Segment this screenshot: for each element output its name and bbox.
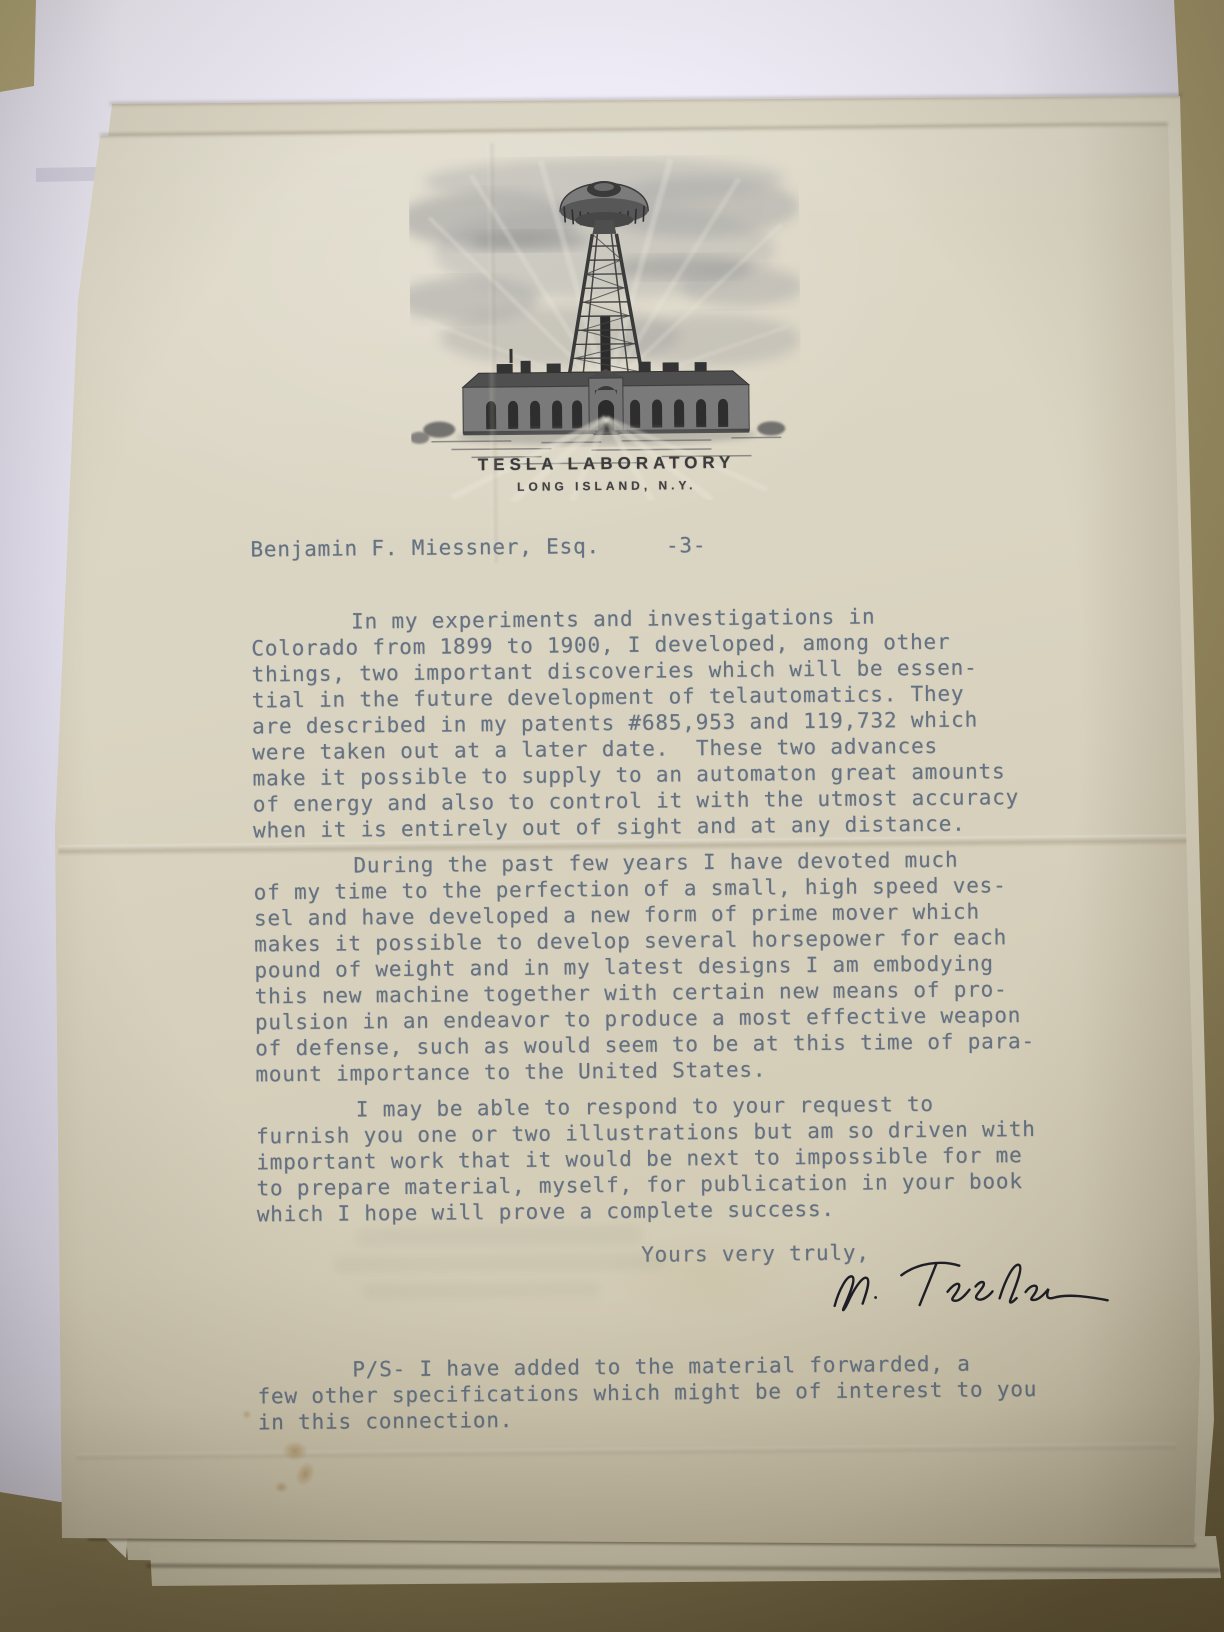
paragraph-experiments: In my experiments and investigations in … xyxy=(251,601,1133,843)
letterhead-company-name: TESLA LABORATORY xyxy=(406,452,806,476)
ink-bleedthrough-smudge xyxy=(356,1226,642,1247)
signature-strokes xyxy=(834,1261,1107,1310)
letter-sheet: TESLA LABORATORY LONG ISLAND, N.Y. Benja… xyxy=(0,0,1224,1632)
paragraph-illustrations: I may be able to respond to your request… xyxy=(256,1089,1137,1227)
paragraph-vessel: During the past few years I have devoted… xyxy=(253,845,1135,1087)
rust-stain xyxy=(292,1458,319,1489)
faint-fold-crease xyxy=(76,1443,1176,1462)
faint-discoloration xyxy=(604,1228,805,1320)
page-header: Benjamin F. Miessner, Esq. -3- xyxy=(250,531,770,562)
tesla-signature xyxy=(809,1233,1120,1331)
ink-bleedthrough-smudge xyxy=(362,1282,600,1298)
page-number: -3- xyxy=(666,532,707,558)
rust-speck xyxy=(242,1409,252,1419)
letterhead-engraving xyxy=(409,154,802,503)
rust-stain xyxy=(274,1481,288,1493)
postscript: P/S- I have added to the material forwar… xyxy=(257,1349,1158,1436)
letter-content: TESLA LABORATORY LONG ISLAND, N.Y. Benja… xyxy=(0,0,1224,1632)
recipient-name: Benjamin F. Miessner, Esq. xyxy=(250,533,600,562)
photo-of-tesla-letter: { "photo": { "scene": "typewritten lette… xyxy=(0,0,1224,1632)
